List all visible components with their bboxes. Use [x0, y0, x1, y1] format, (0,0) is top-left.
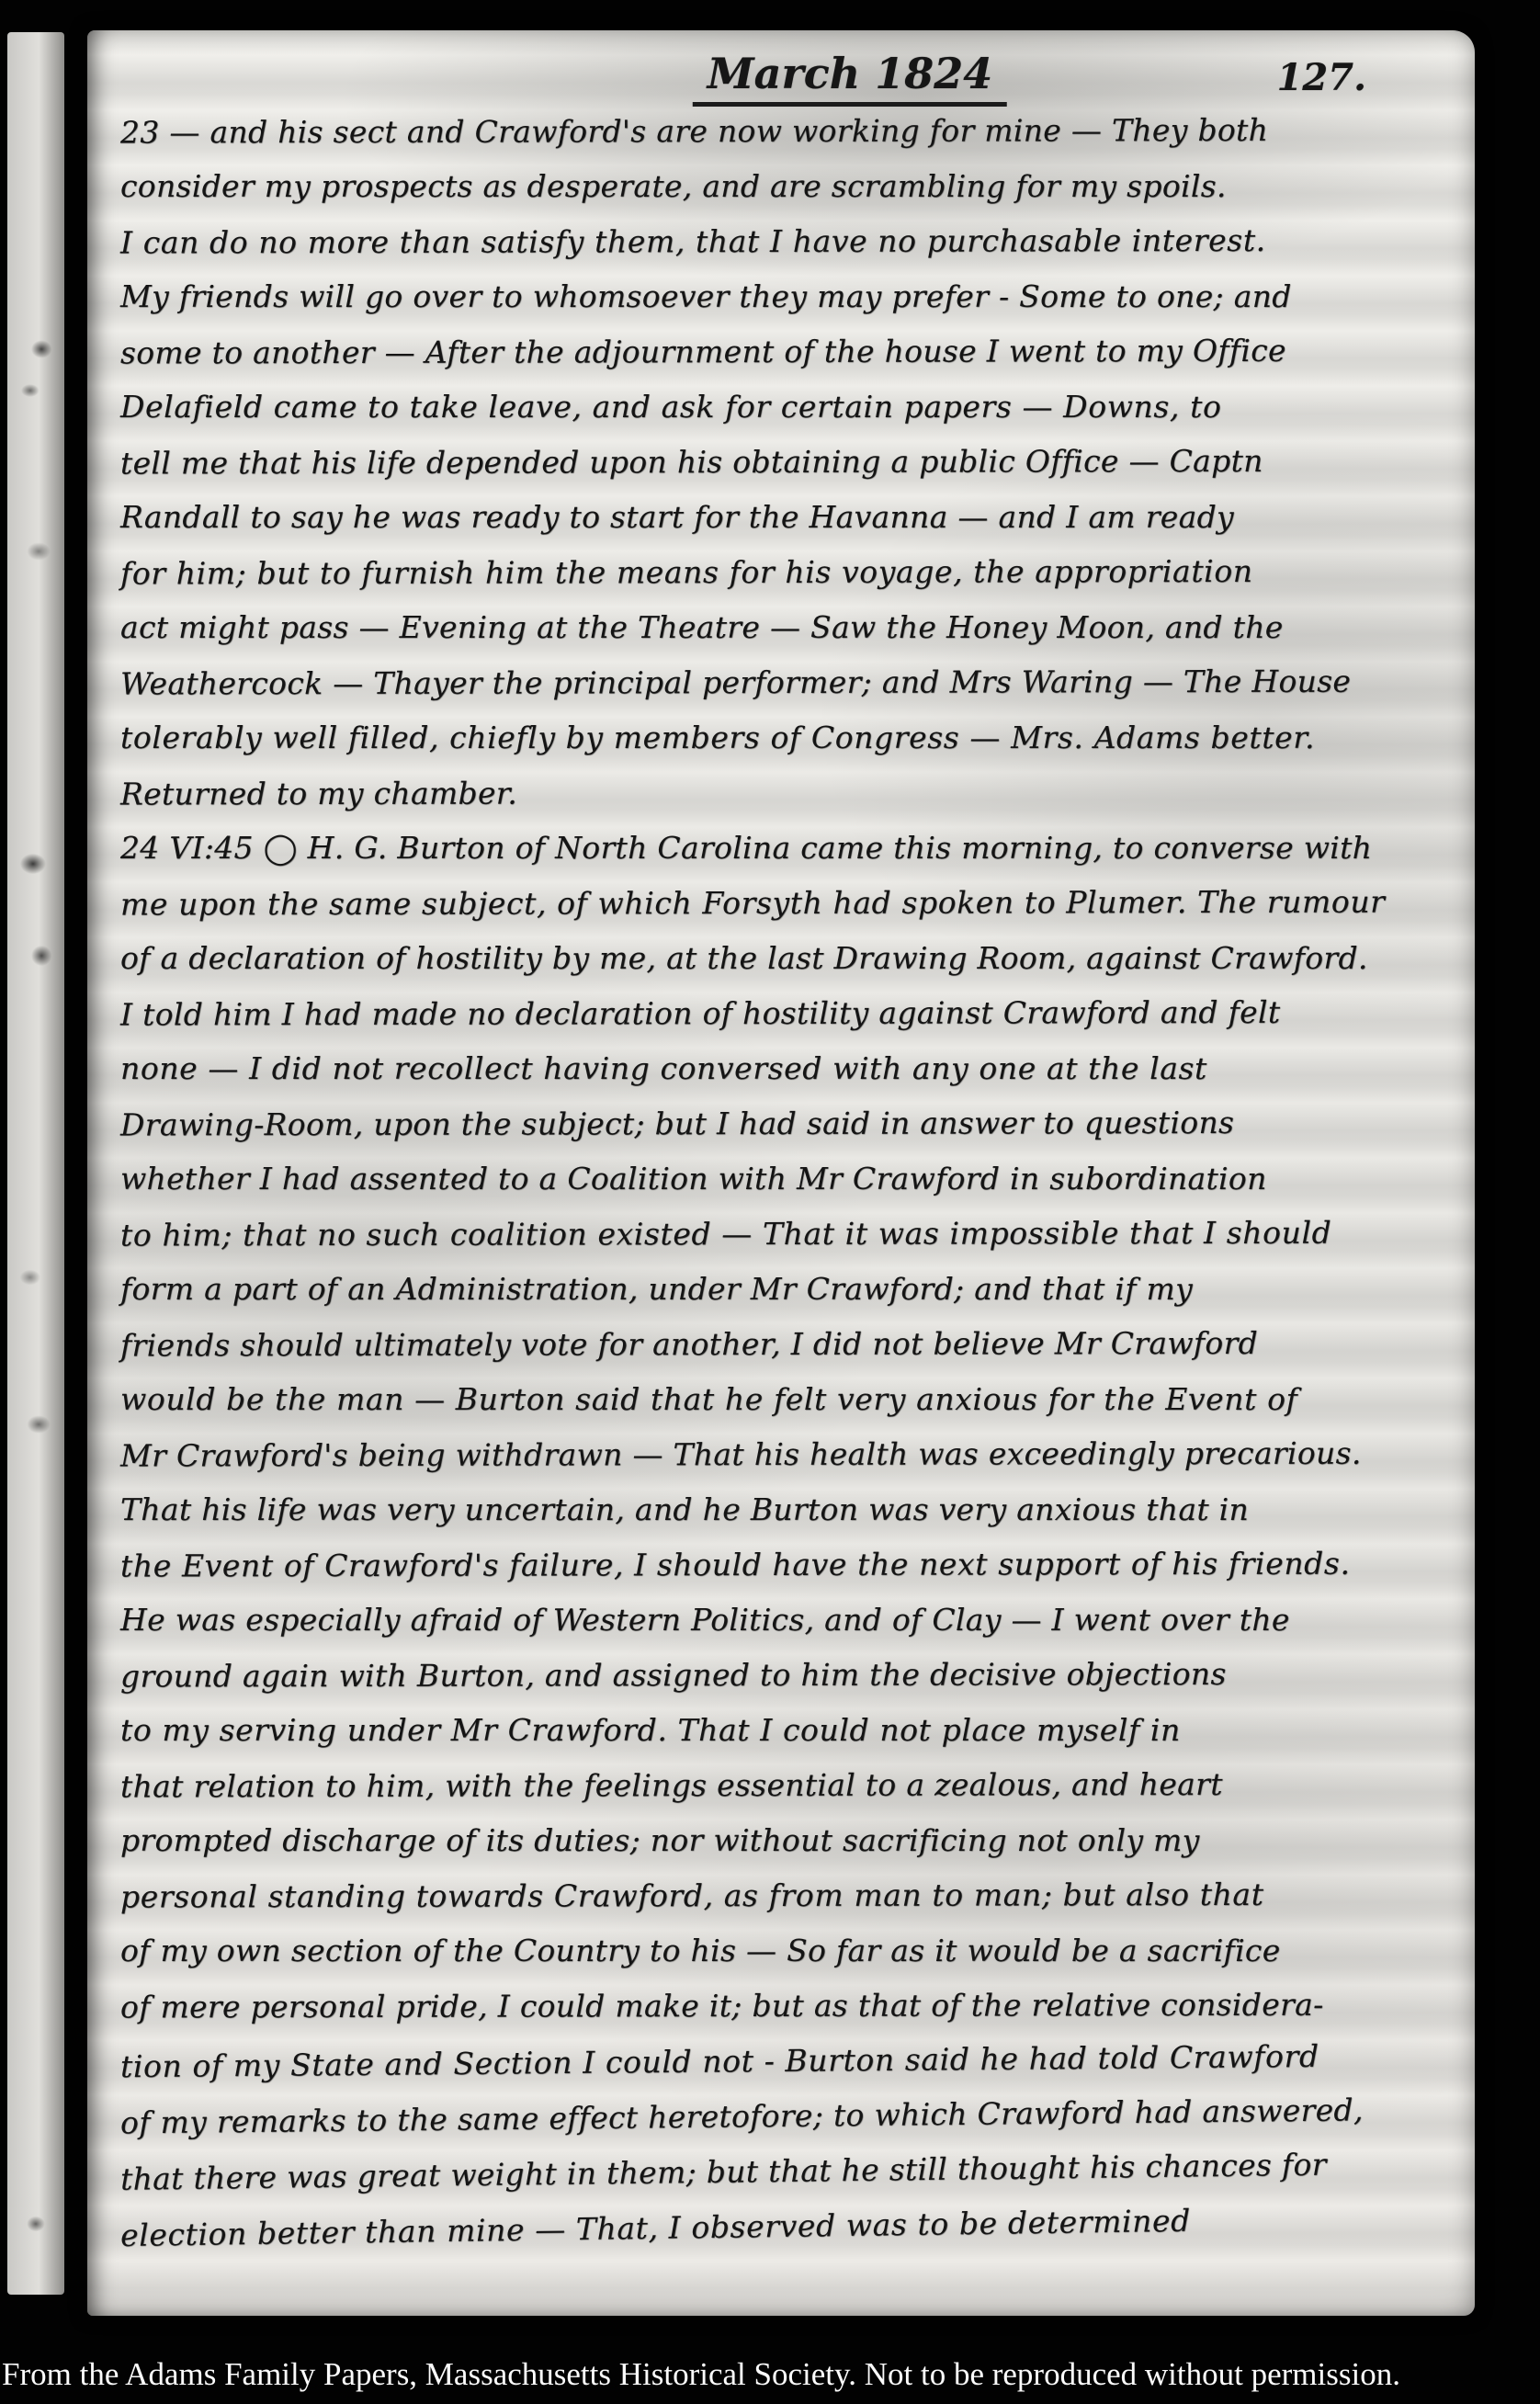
page-number: 127.	[1277, 56, 1366, 99]
manuscript-line: form a part of an Administration, under …	[120, 1262, 1438, 1317]
manuscript-line: Delafield came to take leave, and ask fo…	[120, 380, 1438, 435]
manuscript-line: for him; but to furnish him the means fo…	[120, 543, 1438, 601]
manuscript-line: that relation to him, with the feelings …	[120, 1756, 1438, 1814]
manuscript-line: to him; that no such coalition existed —…	[120, 1205, 1438, 1263]
manuscript-line: to my serving under Mr Crawford. That I …	[120, 1703, 1438, 1758]
manuscript-line: none — I did not recollect having conver…	[120, 1041, 1438, 1096]
manuscript-line: friends should ultimately vote for anoth…	[120, 1315, 1438, 1373]
manuscript-line: Mr Crawford's being withdrawn — That his…	[120, 1425, 1438, 1483]
manuscript-line: I can do no more than satisfy them, that…	[120, 212, 1438, 270]
manuscript-line: tolerably well filled, chiefly by member…	[120, 710, 1438, 765]
manuscript-line: 23 — and his sect and Crawford's are now…	[120, 102, 1438, 160]
manuscript-line: Randall to say he was ready to start for…	[120, 490, 1438, 545]
manuscript-line: Drawing-Room, upon the subject; but I ha…	[120, 1094, 1438, 1152]
manuscript-line: He was especially afraid of Western Poli…	[120, 1593, 1438, 1648]
manuscript-line: the Event of Crawford's failure, I shoul…	[120, 1536, 1438, 1593]
manuscript-line: I told him I had made no declaration of …	[120, 984, 1438, 1042]
manuscript-line: 24 VI:45 ◯ H. G. Burton of North Carolin…	[120, 821, 1438, 876]
manuscript-line: personal standing towards Crawford, as f…	[120, 1866, 1438, 1924]
manuscript-line: tell me that his life depended upon his …	[120, 433, 1438, 491]
manuscript-line: That his life was very uncertain, and he…	[120, 1482, 1438, 1537]
manuscript-line: of a declaration of hostility by me, at …	[120, 931, 1438, 986]
manuscript-line: My friends will go over to whomsoever th…	[120, 269, 1438, 324]
diary-page: March 1824 127. 23 — and his sect and Cr…	[87, 30, 1475, 2316]
manuscript-line: Returned to my chamber.	[120, 764, 1438, 822]
manuscript-scan: March 1824 127. 23 — and his sect and Cr…	[0, 0, 1540, 2404]
manuscript-line: of my own section of the Country to his …	[120, 1923, 1438, 1979]
facing-page-edge	[7, 32, 64, 2295]
manuscript-line: of mere personal pride, I could make it;…	[120, 1977, 1438, 2035]
manuscript-line: ground again with Burton, and assigned t…	[120, 1646, 1438, 1704]
manuscript-line: Weathercock — Thayer the principal perfo…	[120, 653, 1438, 711]
credit-line: From the Adams Family Papers, Massachuse…	[2, 2354, 1538, 2395]
manuscript-text: 23 — and his sect and Crawford's are now…	[120, 104, 1438, 2254]
manuscript-line: whether I had assented to a Coalition wi…	[120, 1151, 1438, 1207]
manuscript-line: consider my prospects as desperate, and …	[120, 159, 1438, 214]
manuscript-line: prompted discharge of its duties; nor wi…	[120, 1813, 1438, 1868]
page-heading-date: March 1824	[693, 49, 1007, 107]
manuscript-line: act might pass — Evening at the Theatre …	[120, 600, 1438, 655]
manuscript-line: would be the man — Burton said that he f…	[120, 1372, 1438, 1427]
manuscript-line: me upon the same subject, of which Forsy…	[120, 874, 1438, 932]
manuscript-line: some to another — After the adjournment …	[120, 323, 1438, 380]
